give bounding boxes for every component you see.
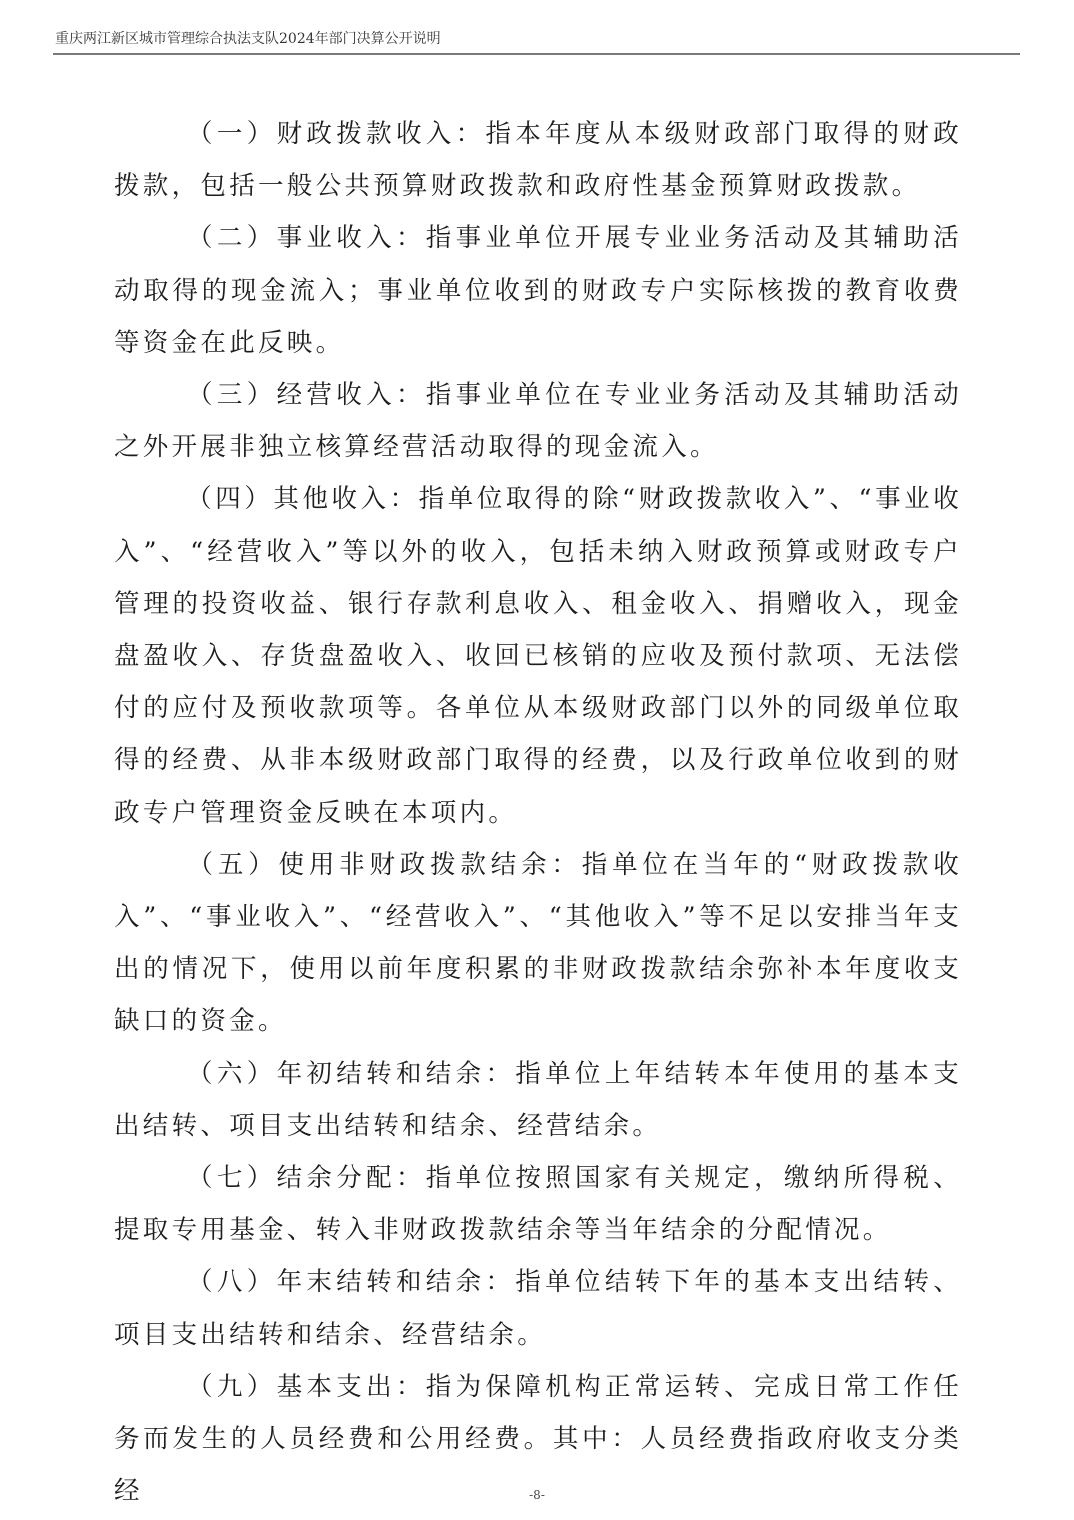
paragraph-text: （八）年末结转和结余：指单位结转下年的基本支出结转、项目支出结转和结余、经营结余… <box>114 1267 962 1349</box>
document-body: （一）财政拨款收入：指本年度从本级财政部门取得的财政拨款，包括一般公共预算财政拨… <box>114 108 962 1517</box>
paragraph-text: （五）使用非财政拨款结余：指单位在当年的“财政拨款收入”、“事业收入”、“经营收… <box>114 850 962 1037</box>
paragraph-operating-income: （三）经营收入：指事业单位在专业业务活动及其辅助活动之外开展非独立核算经营活动取… <box>114 369 962 473</box>
header-title: 重庆两江新区城市管理综合执法支队2024年部门决算公开说明 <box>53 30 1020 48</box>
paragraph-text: （七）结余分配：指单位按照国家有关规定，缴纳所得税、提取专用基金、转入非财政拨款… <box>114 1163 962 1245</box>
page-header: 重庆两江新区城市管理综合执法支队2024年部门决算公开说明 <box>53 30 1020 48</box>
paragraph-other-income: （四）其他收入：指单位取得的除“财政拨款收入”、“事业收入”、“经营收入”等以外… <box>114 473 962 838</box>
paragraph-text: （九）基本支出：指为保障机构正常运转、完成日常工作任务而发生的人员经费和公用经费… <box>114 1372 962 1506</box>
paragraph-text: （三）经营收入：指事业单位在专业业务活动及其辅助活动之外开展非独立核算经营活动取… <box>114 380 962 462</box>
paragraph-non-fiscal-balance-use: （五）使用非财政拨款结余：指单位在当年的“财政拨款收入”、“事业收入”、“经营收… <box>114 839 962 1048</box>
paragraph-opening-carryover: （六）年初结转和结余：指单位上年结转本年使用的基本支出结转、项目支出结转和结余、… <box>114 1048 962 1152</box>
paragraph-surplus-distribution: （七）结余分配：指单位按照国家有关规定，缴纳所得税、提取专用基金、转入非财政拨款… <box>114 1152 962 1256</box>
paragraph-text: （四）其他收入：指单位取得的除“财政拨款收入”、“事业收入”、“经营收入”等以外… <box>114 484 962 827</box>
page-number: -8- <box>0 1488 1074 1502</box>
paragraph-text: （六）年初结转和结余：指单位上年结转本年使用的基本支出结转、项目支出结转和结余、… <box>114 1059 962 1141</box>
paragraph-business-income: （二）事业收入：指事业单位开展专业业务活动及其辅助活动取得的现金流入；事业单位收… <box>114 212 962 369</box>
header-divider <box>53 53 1020 55</box>
paragraph-fiscal-appropriation-income: （一）财政拨款收入：指本年度从本级财政部门取得的财政拨款，包括一般公共预算财政拨… <box>114 108 962 212</box>
paragraph-closing-carryover: （八）年末结转和结余：指单位结转下年的基本支出结转、项目支出结转和结余、经营结余… <box>114 1256 962 1360</box>
paragraph-text: （一）财政拨款收入：指本年度从本级财政部门取得的财政拨款，包括一般公共预算财政拨… <box>114 119 962 201</box>
paragraph-text: （二）事业收入：指事业单位开展专业业务活动及其辅助活动取得的现金流入；事业单位收… <box>114 223 962 357</box>
